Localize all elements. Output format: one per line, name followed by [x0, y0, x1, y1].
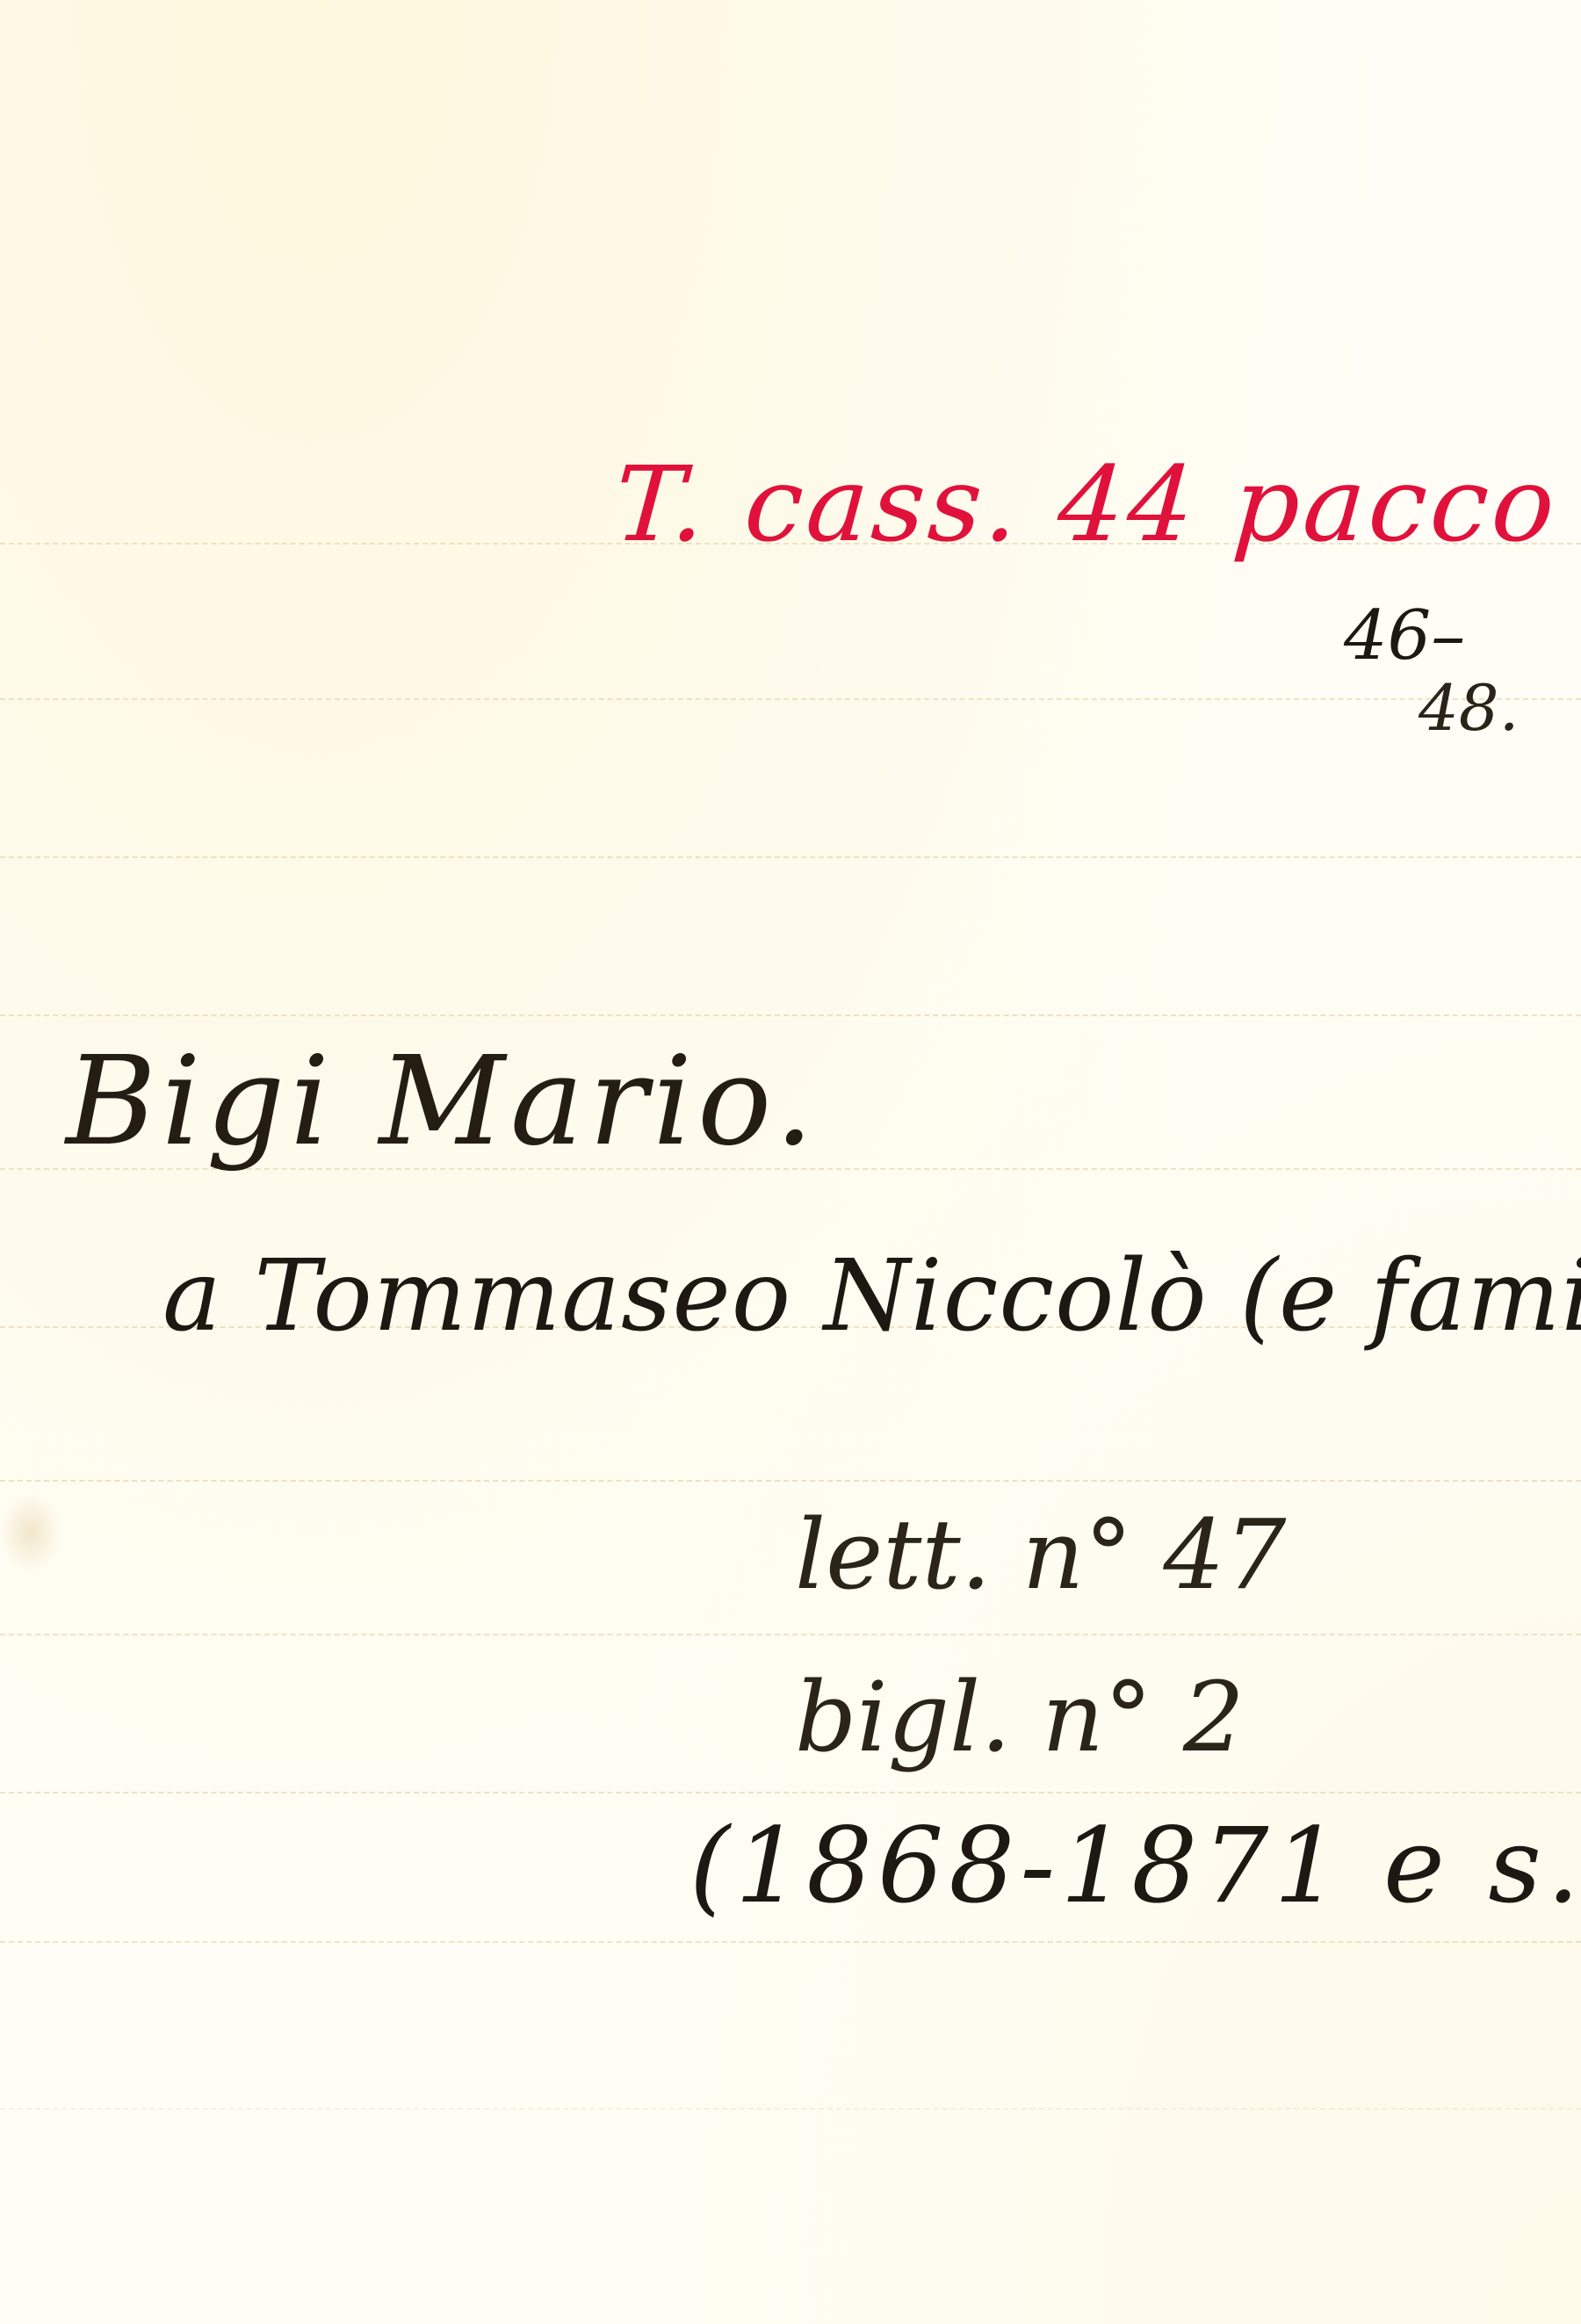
ruled-line — [0, 1014, 1581, 1016]
ruled-line — [0, 2108, 1581, 2110]
date-range: (1868-1871 e s.d.) — [689, 1814, 1581, 1917]
notes-count: bigl. n° 2 — [795, 1669, 1245, 1765]
ruled-line — [0, 1634, 1581, 1635]
ruled-line — [0, 1792, 1581, 1794]
letters-count: lett. n° 47 — [795, 1506, 1286, 1603]
correspondent-name: Bigi Mario. — [66, 1041, 819, 1164]
index-card: T. cass. 44 pacco 97. 46– 48. Bigi Mario… — [0, 0, 1581, 2324]
folio-range-end: 48. — [1419, 676, 1520, 740]
ruled-line — [0, 856, 1581, 858]
ruled-line — [0, 1480, 1581, 1482]
paper-stain — [0, 1493, 61, 1572]
ruled-line — [0, 698, 1581, 700]
shelfmark-red: T. cass. 44 pacco 97. — [611, 452, 1581, 556]
recipient-line: a Tommaseo Niccolò (e famiglia) — [162, 1247, 1581, 1346]
folio-range-start: 46– — [1344, 602, 1465, 670]
ruled-line — [0, 1941, 1581, 1943]
